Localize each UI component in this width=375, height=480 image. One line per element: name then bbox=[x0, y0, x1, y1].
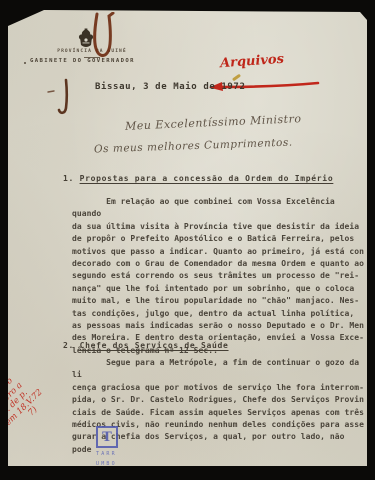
section-body-1: Em relação ao que combinei com Vossa Exc… bbox=[72, 196, 368, 357]
stamp-text-line: UMBO bbox=[96, 461, 118, 468]
stamp-letter: T bbox=[96, 426, 118, 448]
letterhead-office: GABINETE DO GOVERNADOR bbox=[30, 58, 150, 64]
margin-note: Pedido número a O.S. de p. em 18.V.72 7) bbox=[0, 344, 75, 438]
section-title: Propostas para a concessão da Ordem do I… bbox=[80, 174, 334, 183]
red-annotation-text: Arquivos bbox=[220, 52, 285, 71]
dateline: Bissau, 3 de Maio de 1972 bbox=[95, 82, 245, 92]
stamp-text-line: TARR bbox=[96, 451, 118, 458]
section-number: 2. bbox=[63, 341, 74, 350]
archive-stamp: T TARR UMBO bbox=[96, 426, 118, 467]
ink-mark-u bbox=[91, 12, 121, 62]
salutation-line: Os meus melhores Cumprimentos. bbox=[94, 137, 293, 156]
section-number: 1. bbox=[63, 174, 74, 183]
letterhead-bullet bbox=[24, 62, 26, 64]
scanned-letter-page: PROVÍNCIA DA GUINÉ GABINETE DO GOVERNADO… bbox=[8, 10, 367, 466]
section-title: Chefe dos Serviços de Saúde bbox=[80, 341, 229, 350]
ink-mark-j bbox=[46, 76, 76, 118]
section-heading-1: 1. Propostas para a concessão da Ordem d… bbox=[63, 174, 333, 183]
section-heading-2: 2. Chefe dos Serviços de Saúde bbox=[63, 341, 229, 350]
salutation-line: Meu Excelentíssimo Ministro bbox=[125, 112, 302, 133]
